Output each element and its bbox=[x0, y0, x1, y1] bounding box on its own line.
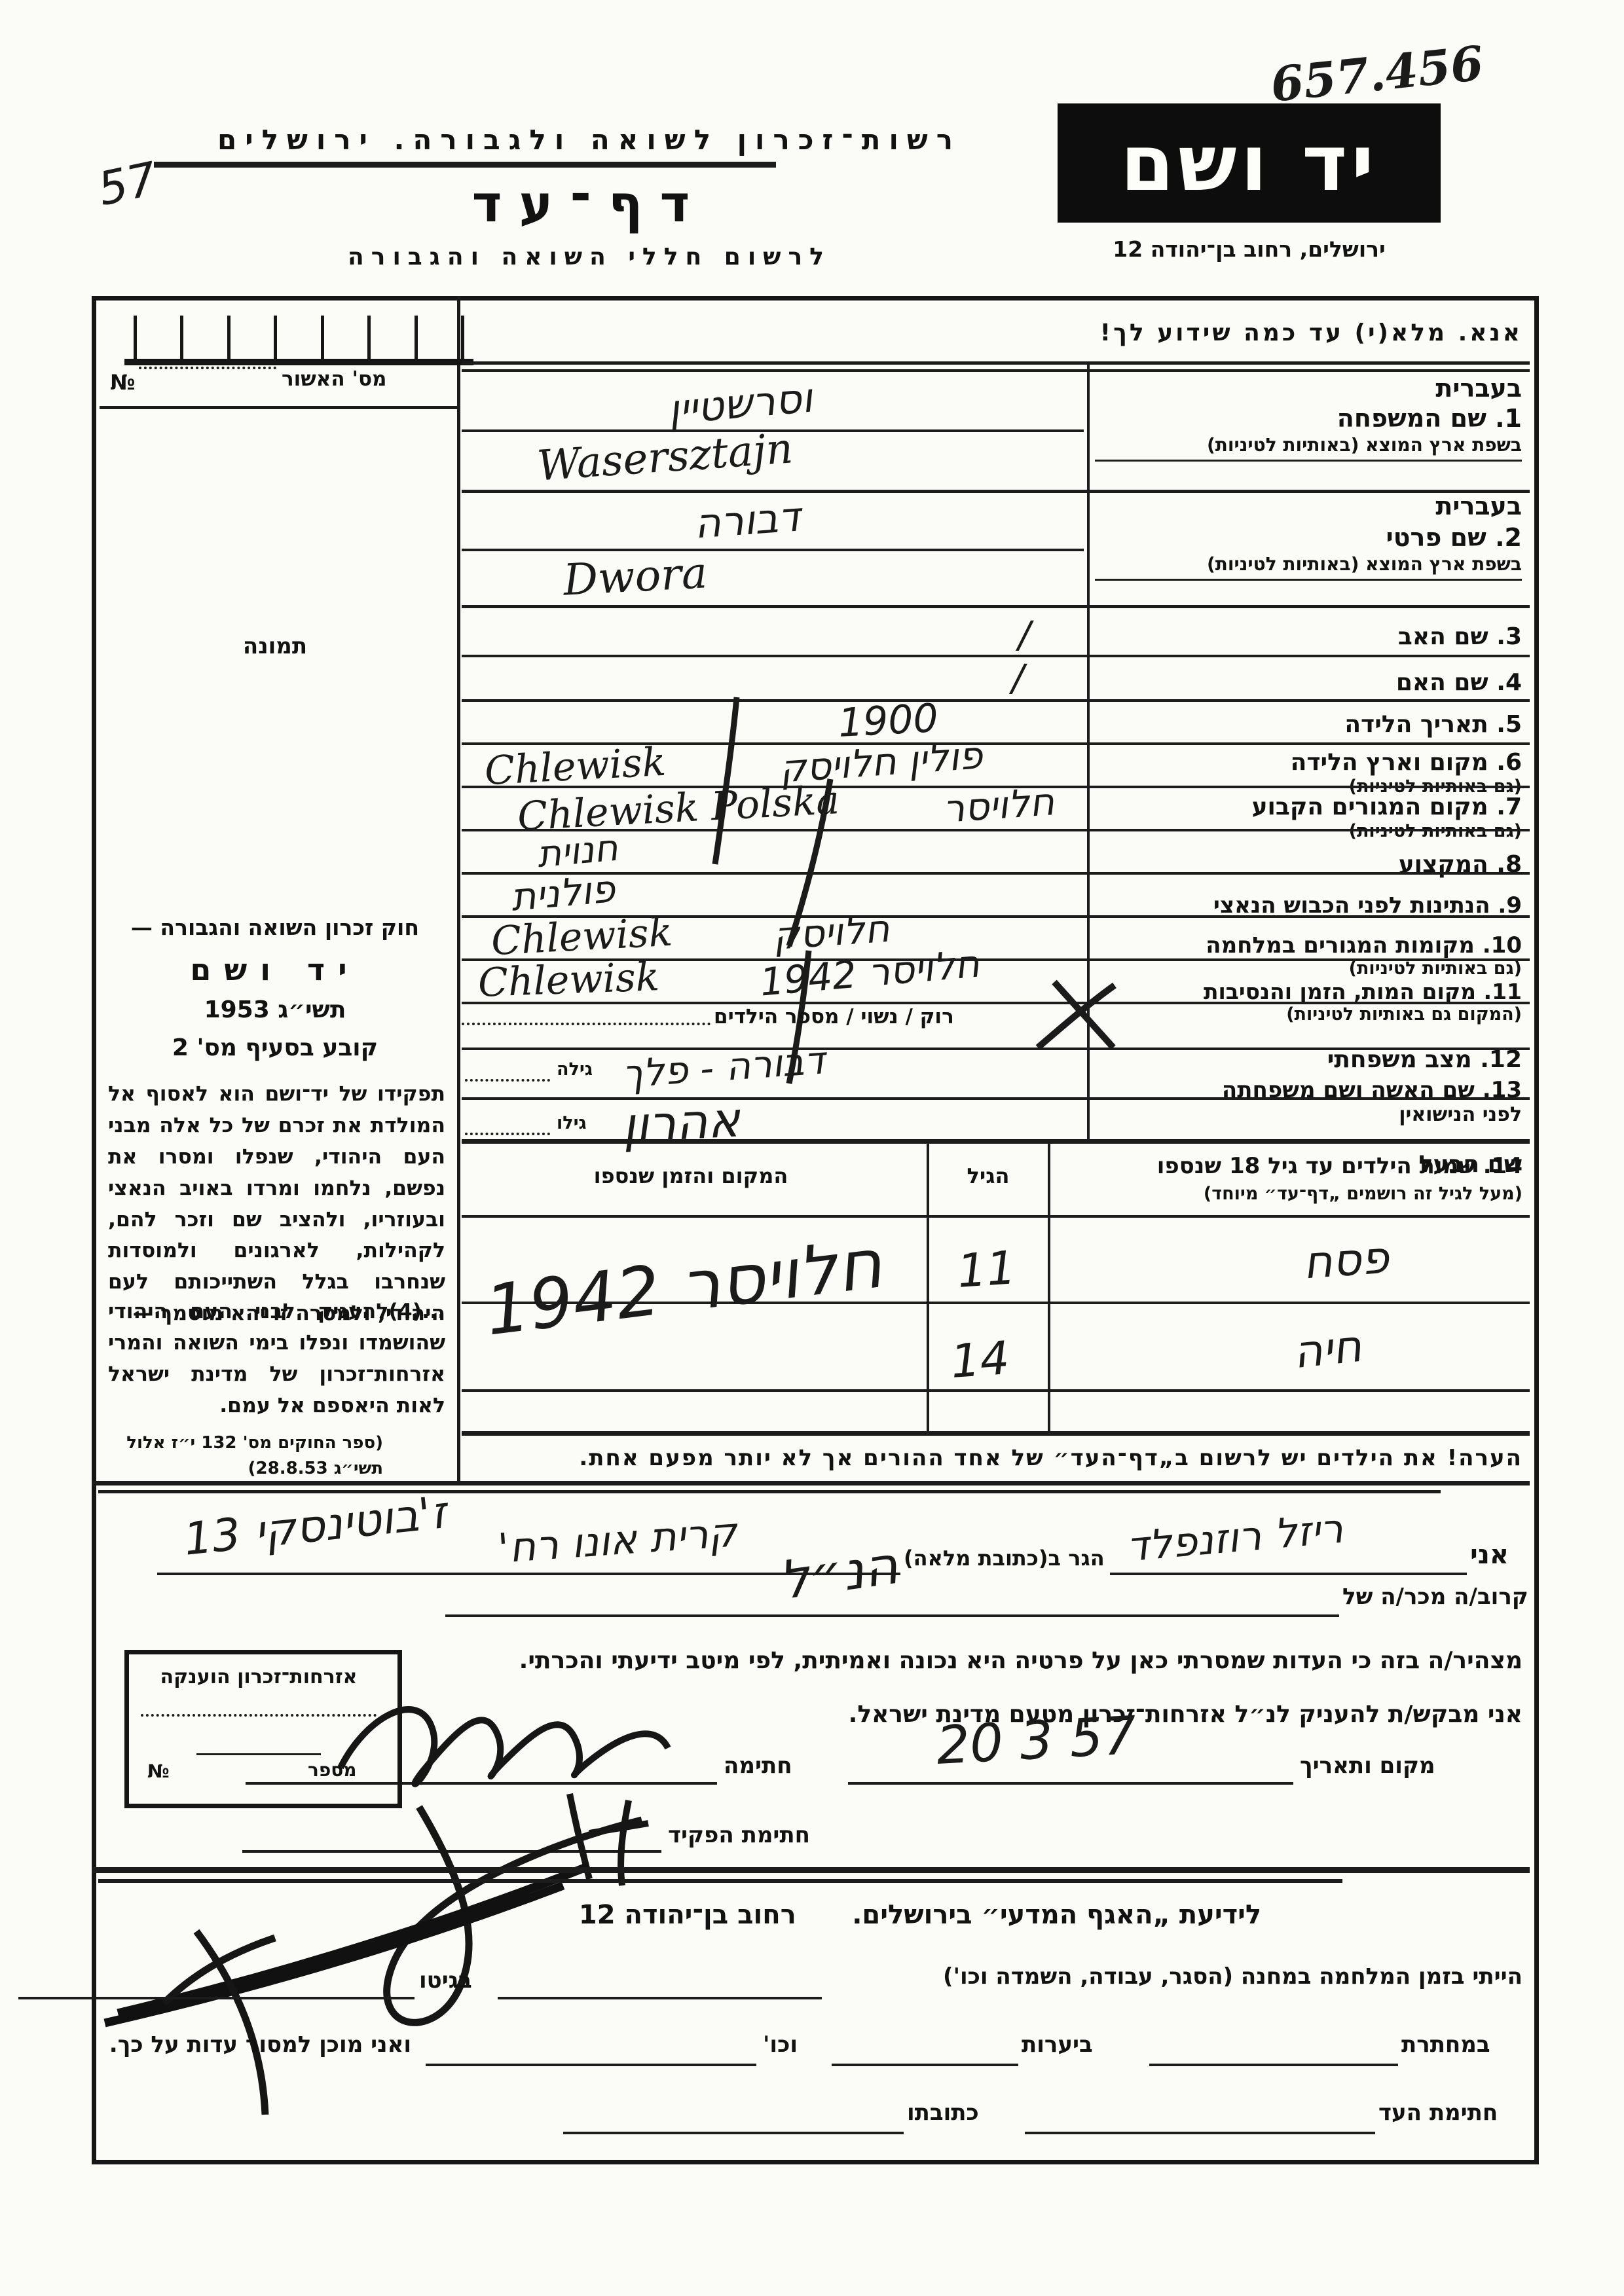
bottom-title-row: לידיעת „האגף המדעי״ בירושלים. רחוב בן־יה… bbox=[462, 1900, 1378, 1930]
camp-label: הייתי בזמן המלחמה במחנה (הסגר, עבודה, הש… bbox=[825, 1964, 1522, 1990]
forests-label: ביערות bbox=[1022, 2032, 1093, 2058]
ready-to-testify-label: ואני מוכן למסור עדות על כך. bbox=[18, 2032, 411, 2058]
underground-label: במחתרת bbox=[1401, 2032, 1490, 2058]
bottom-title: לידיעת „האגף המדעי״ בירושלים. bbox=[852, 1900, 1261, 1930]
ghetto-label: בגיטו bbox=[419, 1968, 472, 1994]
witness-sig-label: חתימת העד bbox=[1378, 2100, 1498, 2126]
scanned-testimony-page: 57 657.456 רשות־זכרון לשואה ולגבורה. ירו… bbox=[0, 0, 1624, 2296]
witness-signature bbox=[0, 0, 1624, 2296]
citizenship-number-label: מספר bbox=[308, 1760, 357, 1781]
citizenship-box-title: אזרחות־זכרון הוענקה bbox=[134, 1666, 383, 1689]
bottom-title-address: רחוב בן־יהודה 12 bbox=[579, 1900, 796, 1930]
etc-label: וכו' bbox=[763, 2032, 798, 2058]
citizenship-no-symbol: № bbox=[147, 1761, 170, 1782]
citizenship-dotted-line bbox=[141, 1714, 377, 1717]
witness-addr-label: כתובתו bbox=[907, 2100, 979, 2126]
